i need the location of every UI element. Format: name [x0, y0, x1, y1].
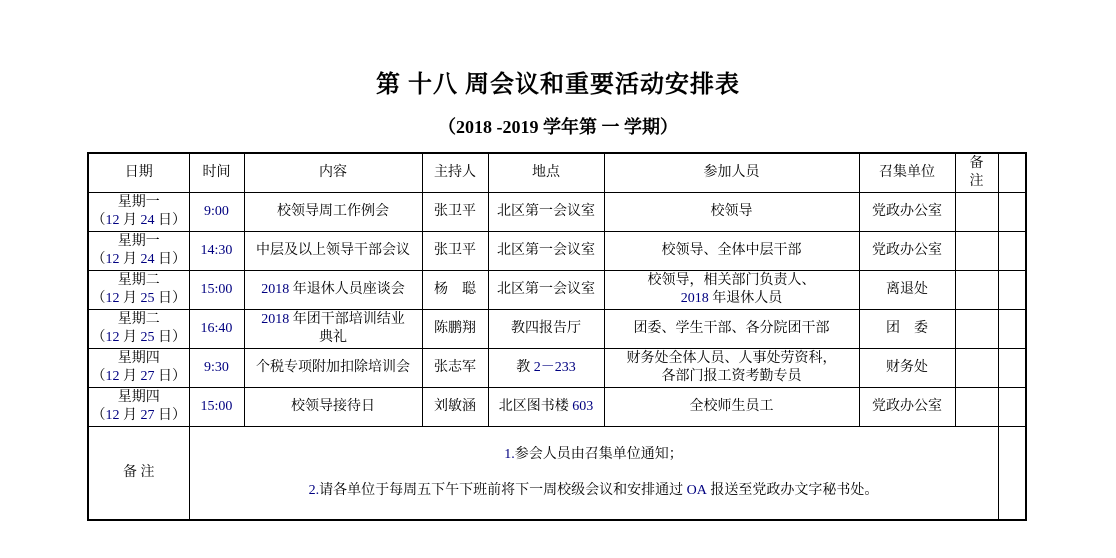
- time-cell: 15:00: [189, 388, 244, 427]
- time-cell: 15:00: [189, 271, 244, 310]
- extra-cell: [998, 427, 1026, 521]
- extra-cell: [998, 388, 1026, 427]
- extra-cell: [998, 193, 1026, 232]
- participants-cell: 团委、学生干部、各分院团干部: [604, 310, 859, 349]
- header-row: 日期 时间 内容 主持人 地点 参加人员 召集单位 备 注: [88, 153, 1026, 193]
- weekday-text: 星期一: [91, 233, 187, 251]
- note-cell: [955, 310, 998, 349]
- header-date: 日期: [88, 153, 189, 193]
- note-cell: [955, 349, 998, 388]
- weekday-text: 星期四: [91, 389, 187, 407]
- schedule-table: 日期 时间 内容 主持人 地点 参加人员 召集单位 备 注 星期一（12 月 2…: [87, 152, 1027, 521]
- weekday-text: 星期二: [91, 272, 187, 290]
- remark-line-2: 2.请各单位于每周五下午下班前将下一周校级会议和安排通过 OA 报送至党政办文字…: [192, 482, 996, 500]
- note-cell: [955, 232, 998, 271]
- organizer-cell: 党政办公室: [859, 193, 955, 232]
- content-cell: 中层及以上领导干部会议: [244, 232, 422, 271]
- participants-cell: 财务处全体人员、人事处劳资科， 各部门报工资考勤专员: [604, 349, 859, 388]
- header-host: 主持人: [422, 153, 488, 193]
- extra-cell: [998, 232, 1026, 271]
- organizer-cell: 团 委: [859, 310, 955, 349]
- organizer-cell: 离退处: [859, 271, 955, 310]
- weekday-text: 星期四: [91, 350, 187, 368]
- note-cell: [955, 388, 998, 427]
- host-cell: 张卫平: [422, 232, 488, 271]
- extra-cell: [998, 349, 1026, 388]
- note-cell: [955, 271, 998, 310]
- location-cell: 北区第一会议室: [488, 271, 604, 310]
- participants-cell: 校领导、全体中层干部: [604, 232, 859, 271]
- organizer-cell: 党政办公室: [859, 232, 955, 271]
- remark-line-1: 1.参会人员由召集单位通知；: [192, 446, 996, 464]
- table-row: 星期二（12 月 25 日） 15:00 2018 年退休人员座谈会 杨 聪 北…: [88, 271, 1026, 310]
- date-text: （12 月 27 日）: [91, 368, 187, 386]
- page-subtitle: （2018 -2019 学年第 一 学期）: [0, 113, 1116, 139]
- organizer-cell: 党政办公室: [859, 388, 955, 427]
- location-cell: 教四报告厅: [488, 310, 604, 349]
- date-cell: 星期一（12 月 24 日）: [88, 193, 189, 232]
- host-cell: 杨 聪: [422, 271, 488, 310]
- table-row: 星期四（12 月 27 日） 15:00 校领导接待日 刘敏涵 北区图书楼 60…: [88, 388, 1026, 427]
- date-cell: 星期二（12 月 25 日）: [88, 310, 189, 349]
- participants-cell: 全校师生员工: [604, 388, 859, 427]
- host-cell: 刘敏涵: [422, 388, 488, 427]
- content-cell: 2018 年退休人员座谈会: [244, 271, 422, 310]
- content-cell: 个税专项附加扣除培训会: [244, 349, 422, 388]
- weekday-text: 星期一: [91, 194, 187, 212]
- time-cell: 16:40: [189, 310, 244, 349]
- participants-cell: 校领导，相关部门负责人、 2018 年退休人员: [604, 271, 859, 310]
- date-text: （12 月 24 日）: [91, 212, 187, 230]
- location-cell: 北区第一会议室: [488, 193, 604, 232]
- header-participants: 参加人员: [604, 153, 859, 193]
- table-row: 星期一（12 月 24 日） 9:00 校领导周工作例会 张卫平 北区第一会议室…: [88, 193, 1026, 232]
- page-title: 第 十八 周会议和重要活动安排表: [0, 64, 1116, 99]
- extra-cell: [998, 271, 1026, 310]
- time-cell: 14:30: [189, 232, 244, 271]
- date-cell: 星期一（12 月 24 日）: [88, 232, 189, 271]
- header-extra: [998, 153, 1026, 193]
- date-cell: 星期四（12 月 27 日）: [88, 349, 189, 388]
- date-text: （12 月 27 日）: [91, 407, 187, 425]
- header-time: 时间: [189, 153, 244, 193]
- host-cell: 张卫平: [422, 193, 488, 232]
- location-cell: 教 2－233: [488, 349, 604, 388]
- table-row: 星期二（12 月 25 日） 16:40 2018 年团干部培训结业 典礼 陈鹏…: [88, 310, 1026, 349]
- remarks-label-cell: 备 注: [88, 427, 189, 521]
- remarks-text-cell: 1.参会人员由召集单位通知； 2.请各单位于每周五下午下班前将下一周校级会议和安…: [189, 427, 998, 521]
- header-organizer: 召集单位: [859, 153, 955, 193]
- date-text: （12 月 25 日）: [91, 290, 187, 308]
- content-cell: 2018 年团干部培训结业 典礼: [244, 310, 422, 349]
- header-note: 备 注: [955, 153, 998, 193]
- remarks-row: 备 注 1.参会人员由召集单位通知； 2.请各单位于每周五下午下班前将下一周校级…: [88, 427, 1026, 521]
- content-cell: 校领导接待日: [244, 388, 422, 427]
- header-content: 内容: [244, 153, 422, 193]
- note-cell: [955, 193, 998, 232]
- date-cell: 星期四（12 月 27 日）: [88, 388, 189, 427]
- host-cell: 张志军: [422, 349, 488, 388]
- date-cell: 星期二（12 月 25 日）: [88, 271, 189, 310]
- table-row: 星期一（12 月 24 日） 14:30 中层及以上领导干部会议 张卫平 北区第…: [88, 232, 1026, 271]
- location-cell: 北区图书楼 603: [488, 388, 604, 427]
- date-text: （12 月 24 日）: [91, 251, 187, 269]
- time-cell: 9:00: [189, 193, 244, 232]
- organizer-cell: 财务处: [859, 349, 955, 388]
- host-cell: 陈鹏翔: [422, 310, 488, 349]
- participants-cell: 校领导: [604, 193, 859, 232]
- table-row: 星期四（12 月 27 日） 9:30 个税专项附加扣除培训会 张志军 教 2－…: [88, 349, 1026, 388]
- date-text: （12 月 25 日）: [91, 329, 187, 347]
- header-location: 地点: [488, 153, 604, 193]
- extra-cell: [998, 310, 1026, 349]
- weekday-text: 星期二: [91, 311, 187, 329]
- time-cell: 9:30: [189, 349, 244, 388]
- content-cell: 校领导周工作例会: [244, 193, 422, 232]
- location-cell: 北区第一会议室: [488, 232, 604, 271]
